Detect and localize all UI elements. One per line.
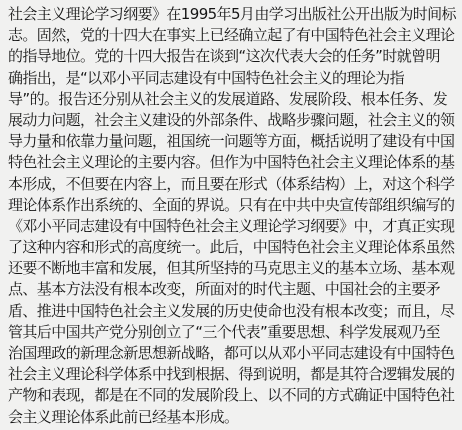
text-line: 产物和表现，都是在不同的发展阶段上、以不同的方式确证中国特色社 <box>8 385 458 406</box>
text-line: 社会主义理论学习纲要》在1995年5月由学习出版社公开出版为时间标 <box>8 4 458 25</box>
text-line: 导”的。报告还分别从社会主义的发展道路、发展阶段、根本任务、发 <box>8 89 458 110</box>
text-line: 治国理政的新理念新思想新战略，都可以从邓小平同志建设有中国特色 <box>8 343 458 364</box>
text-line: 《邓小平同志建设有中国特色社会主义理论学习纲要》中，才真正实现 <box>8 216 458 237</box>
text-line: 理论体系作出系统的、全面的界说。只有在中共中央宣传部组织编写的 <box>8 195 458 216</box>
text-line: 会主义理论体系此前已经基本形成。 <box>8 407 458 428</box>
text-line: 的指导地位。党的十四大报告在谈到“这次代表大会的任务”时就曾明 <box>8 46 458 67</box>
text-line: 点、基本方法没有根本改变，所面对的时代主题、中国社会的主要矛 <box>8 279 458 300</box>
text-line: 了这种内容和形式的高度统一。此后，中国特色社会主义理论体系虽然 <box>8 237 458 258</box>
document-text-block: 社会主义理论学习纲要》在1995年5月由学习出版社公开出版为时间标 志。固然，党… <box>0 0 462 428</box>
text-line: 还要不断地丰富和发展，但其所坚持的马克思主义的基本立场、基本观 <box>8 258 458 279</box>
text-line: 社会主义理论科学体系中找到根据、得到说明，都是其符合逻辑发展的 <box>8 364 458 385</box>
text-line: 导力量和依靠力量问题，祖国统一问题等方面，概括说明了建设有中国 <box>8 131 458 152</box>
text-line: 管其后中国共产党分别创立了“三个代表”重要思想、科学发展观乃至 <box>8 322 458 343</box>
text-line: 特色社会主义理论的主要内容。但作为中国特色社会主义理论体系的基 <box>8 152 458 173</box>
text-line: 志。固然，党的十四大在事实上已经确立起了有中国特色社会主义理论 <box>8 25 458 46</box>
text-line: 本形成，不但要在内容上，而且要在形式（体系结构）上，对这个科学 <box>8 174 458 195</box>
text-line: 盾、推进中国特色社会主义发展的历史使命也没有根本改变；而且，尽 <box>8 301 458 322</box>
text-line: 展动力问题，社会主义建设的外部条件、战略步骤问题，社会主义的领 <box>8 110 458 131</box>
text-line: 确指出，是“以邓小平同志建设有中国特色社会主义的理论为指 <box>8 68 458 89</box>
